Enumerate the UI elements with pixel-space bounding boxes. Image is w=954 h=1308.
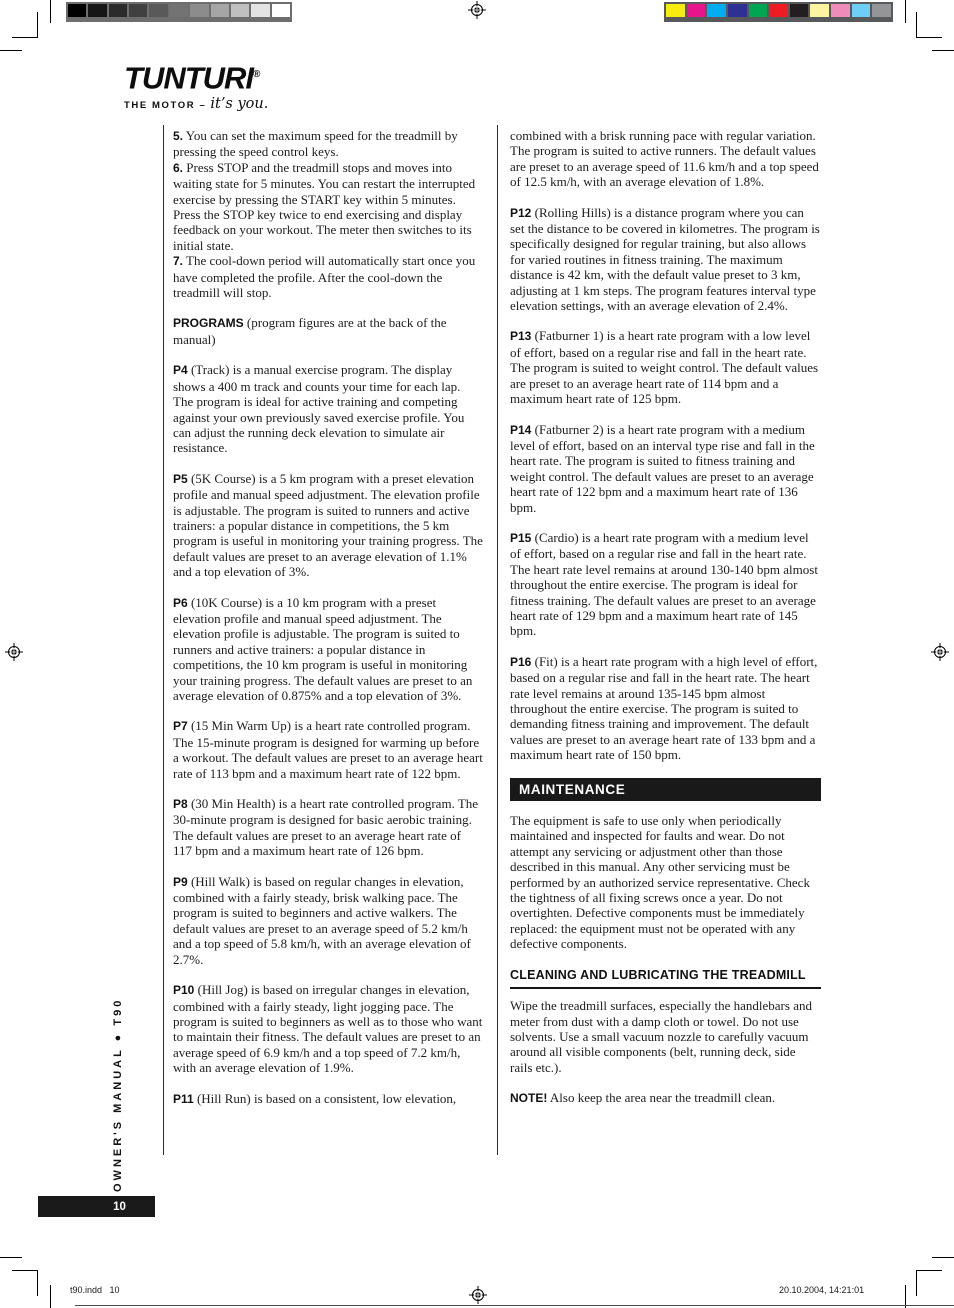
paragraph-6: 6. Press STOP and the treadmill stops an… [173,160,483,253]
paragraph-p6: P6 (10K Course) is a 10 km program with … [173,595,483,704]
brand-name: TUNTURI® [124,60,268,93]
registration-mark-icon [931,643,949,661]
paragraph-7: 7. The cool-down period will automatical… [173,253,483,300]
calibration-swatch [728,4,747,17]
paragraph-p4: P4 (Track) is a manual exercise program.… [173,362,483,455]
paragraph-text: (15 Min Warm Up) is a heart rate control… [173,718,483,780]
calibration-swatch [231,4,249,17]
tunturi-logo: TUNTURI® THE MOTOR – it’s you. [124,60,268,113]
crop-mark [916,12,942,38]
paragraph-p5: P5 (5K Course) is a 5 km program with a … [173,471,483,580]
calibration-swatch [251,4,269,17]
calibration-swatch [831,4,850,17]
numbered-steps: 5. You can set the maximum speed for the… [173,128,483,300]
paragraph-text: (10K Course) is a 10 km program with a p… [173,595,472,703]
cleaning-section-header: CLEANING AND LUBRICATING THE TREADMILL [510,968,821,989]
brand-text: TUNTURI [124,60,253,95]
paragraph-label: P9 [173,875,188,889]
crop-mark [932,50,954,51]
calibration-swatch [666,4,685,17]
right-text-column: combined with a brisk running pace with … [510,128,821,1122]
maintenance-paragraph: The equipment is safe to use only when p… [510,813,821,952]
paragraph-label: P4 [173,363,188,377]
paragraph-text: (Fatburner 1) is a heart rate program wi… [510,328,818,406]
column-divider-rule [497,125,498,1155]
paragraph-label: P5 [173,472,188,486]
crop-mark [12,1270,38,1296]
calibration-swatch [852,4,871,17]
paragraph-label: P16 [510,655,531,669]
paragraph-text: (Hill Walk) is based on regular changes … [173,874,471,967]
crop-mark [916,1270,942,1296]
calibration-swatch [149,4,167,17]
registration-mark-icon [468,1,486,19]
paragraph-p12: P12 (Rolling Hills) is a distance progra… [510,205,821,314]
crop-mark [50,1285,51,1308]
registration-mark-icon [469,1286,487,1304]
paragraph-label: P11 [173,1092,194,1106]
paragraph-text: (Fit) is a heart rate program with a hig… [510,654,817,762]
paragraph-text: (Fatburner 2) is a heart rate program wi… [510,422,815,515]
crop-mark [905,0,906,23]
color-calibration-bar [664,2,893,22]
left-column-rule [163,125,164,1155]
maintenance-section-header: MAINTENANCE [510,778,821,801]
calibration-swatch [872,4,891,17]
footer-filename: t90.indd 10 [70,1285,120,1295]
paragraph-text: (Hill Run) is based on a consistent, low… [197,1091,456,1106]
paragraph-continued: combined with a brisk running pace with … [510,128,821,190]
cleaning-paragraph: Wipe the treadmill surfaces, especially … [510,998,821,1075]
paragraph-text: combined with a brisk running pace with … [510,128,819,189]
paragraph-p15: P15 (Cardio) is a heart rate program wit… [510,530,821,639]
calibration-swatch [687,4,706,17]
calibration-swatch [170,4,188,17]
note-paragraph: NOTE! Also keep the area near the treadm… [510,1090,821,1106]
paragraph-label: P7 [173,719,188,733]
manual-page: TUNTURI® THE MOTOR – it’s you. 5. You ca… [0,0,954,1308]
paragraph-p11: P11 (Hill Run) is based on a consistent,… [173,1091,483,1107]
paragraph-text: The cool-down period will automatically … [173,253,475,300]
paragraph-text: (30 Min Health) is a heart rate controll… [173,796,478,858]
calibration-swatch [810,4,829,17]
calibration-swatch [749,4,768,17]
note-label: NOTE! [510,1091,547,1105]
crop-mark [12,12,38,38]
crop-mark [0,50,22,51]
calibration-swatch [769,4,788,17]
sidebar-vertical-label: OWNER'S MANUAL ● T90 [112,998,124,1192]
paragraph-label: P13 [510,329,531,343]
paragraph-text: You can set the maximum speed for the tr… [173,128,458,159]
calibration-swatch [129,4,147,17]
paragraph-label: P12 [510,206,531,220]
crop-mark [50,0,51,23]
paragraph-p8: P8 (30 Min Health) is a heart rate contr… [173,796,483,859]
paragraph-text: (Cardio) is a heart rate program with a … [510,530,818,638]
registration-mark-icon [5,643,23,661]
crop-mark [932,1257,954,1258]
paragraph-label: 5. [173,129,183,143]
calibration-swatch [790,4,809,17]
calibration-swatch [211,4,229,17]
crop-mark [0,1257,22,1258]
footer-timestamp: 20.10.2004, 14:21:01 [779,1285,864,1295]
paragraph-p10: P10 (Hill Jog) is based on irregular cha… [173,982,483,1075]
calibration-swatch [707,4,726,17]
paragraph-text: (Rolling Hills) is a distance program wh… [510,205,820,313]
page-edge-line [75,1305,954,1306]
paragraph-text: Press STOP and the treadmill stops and m… [173,160,475,253]
paragraph-label: 7. [173,254,183,268]
paragraph-label: P10 [173,983,194,997]
tagline-bold-text: THE MOTOR – [124,100,206,111]
paragraph-p9: P9 (Hill Walk) is based on regular chang… [173,874,483,967]
calibration-swatch [190,4,208,17]
paragraph-label: P8 [173,797,188,811]
paragraph-label: P15 [510,531,531,545]
left-text-column: 5. You can set the maximum speed for the… [173,128,483,1122]
paragraph-p16: P16 (Fit) is a heart rate program with a… [510,654,821,763]
paragraph-p7: P7 (15 Min Warm Up) is a heart rate cont… [173,718,483,781]
page-number-badge: 10 [38,1196,155,1217]
calibration-swatch [109,4,127,17]
paragraph-programs: PROGRAMS (program figures are at the bac… [173,315,483,347]
paragraph-p13: P13 (Fatburner 1) is a heart rate progra… [510,328,821,406]
paragraph-label: P6 [173,596,188,610]
paragraph-text: (Track) is a manual exercise program. Th… [173,362,464,455]
paragraph-text: (Hill Jog) is based on irregular changes… [173,982,482,1075]
tagline-script-text: it’s you. [210,96,268,112]
registered-trademark: ® [253,69,260,80]
calibration-swatch [272,4,290,17]
grayscale-calibration-bar [66,2,292,22]
paragraph-label: PROGRAMS [173,316,244,330]
paragraph-5: 5. You can set the maximum speed for the… [173,128,483,160]
program-paragraphs-right: combined with a brisk running pace with … [510,128,821,763]
note-text: Also keep the area near the treadmill cl… [550,1090,775,1105]
calibration-swatch [68,4,86,17]
paragraph-text: (5K Course) is a 5 km program with a pre… [173,471,483,579]
paragraph-p14: P14 (Fatburner 2) is a heart rate progra… [510,422,821,515]
paragraph-label: P14 [510,423,531,437]
paragraph-label: 6. [173,161,183,175]
brand-tagline: THE MOTOR – it’s you. [124,95,268,113]
program-paragraphs-left: PROGRAMS (program figures are at the bac… [173,315,483,1106]
calibration-swatch [88,4,106,17]
